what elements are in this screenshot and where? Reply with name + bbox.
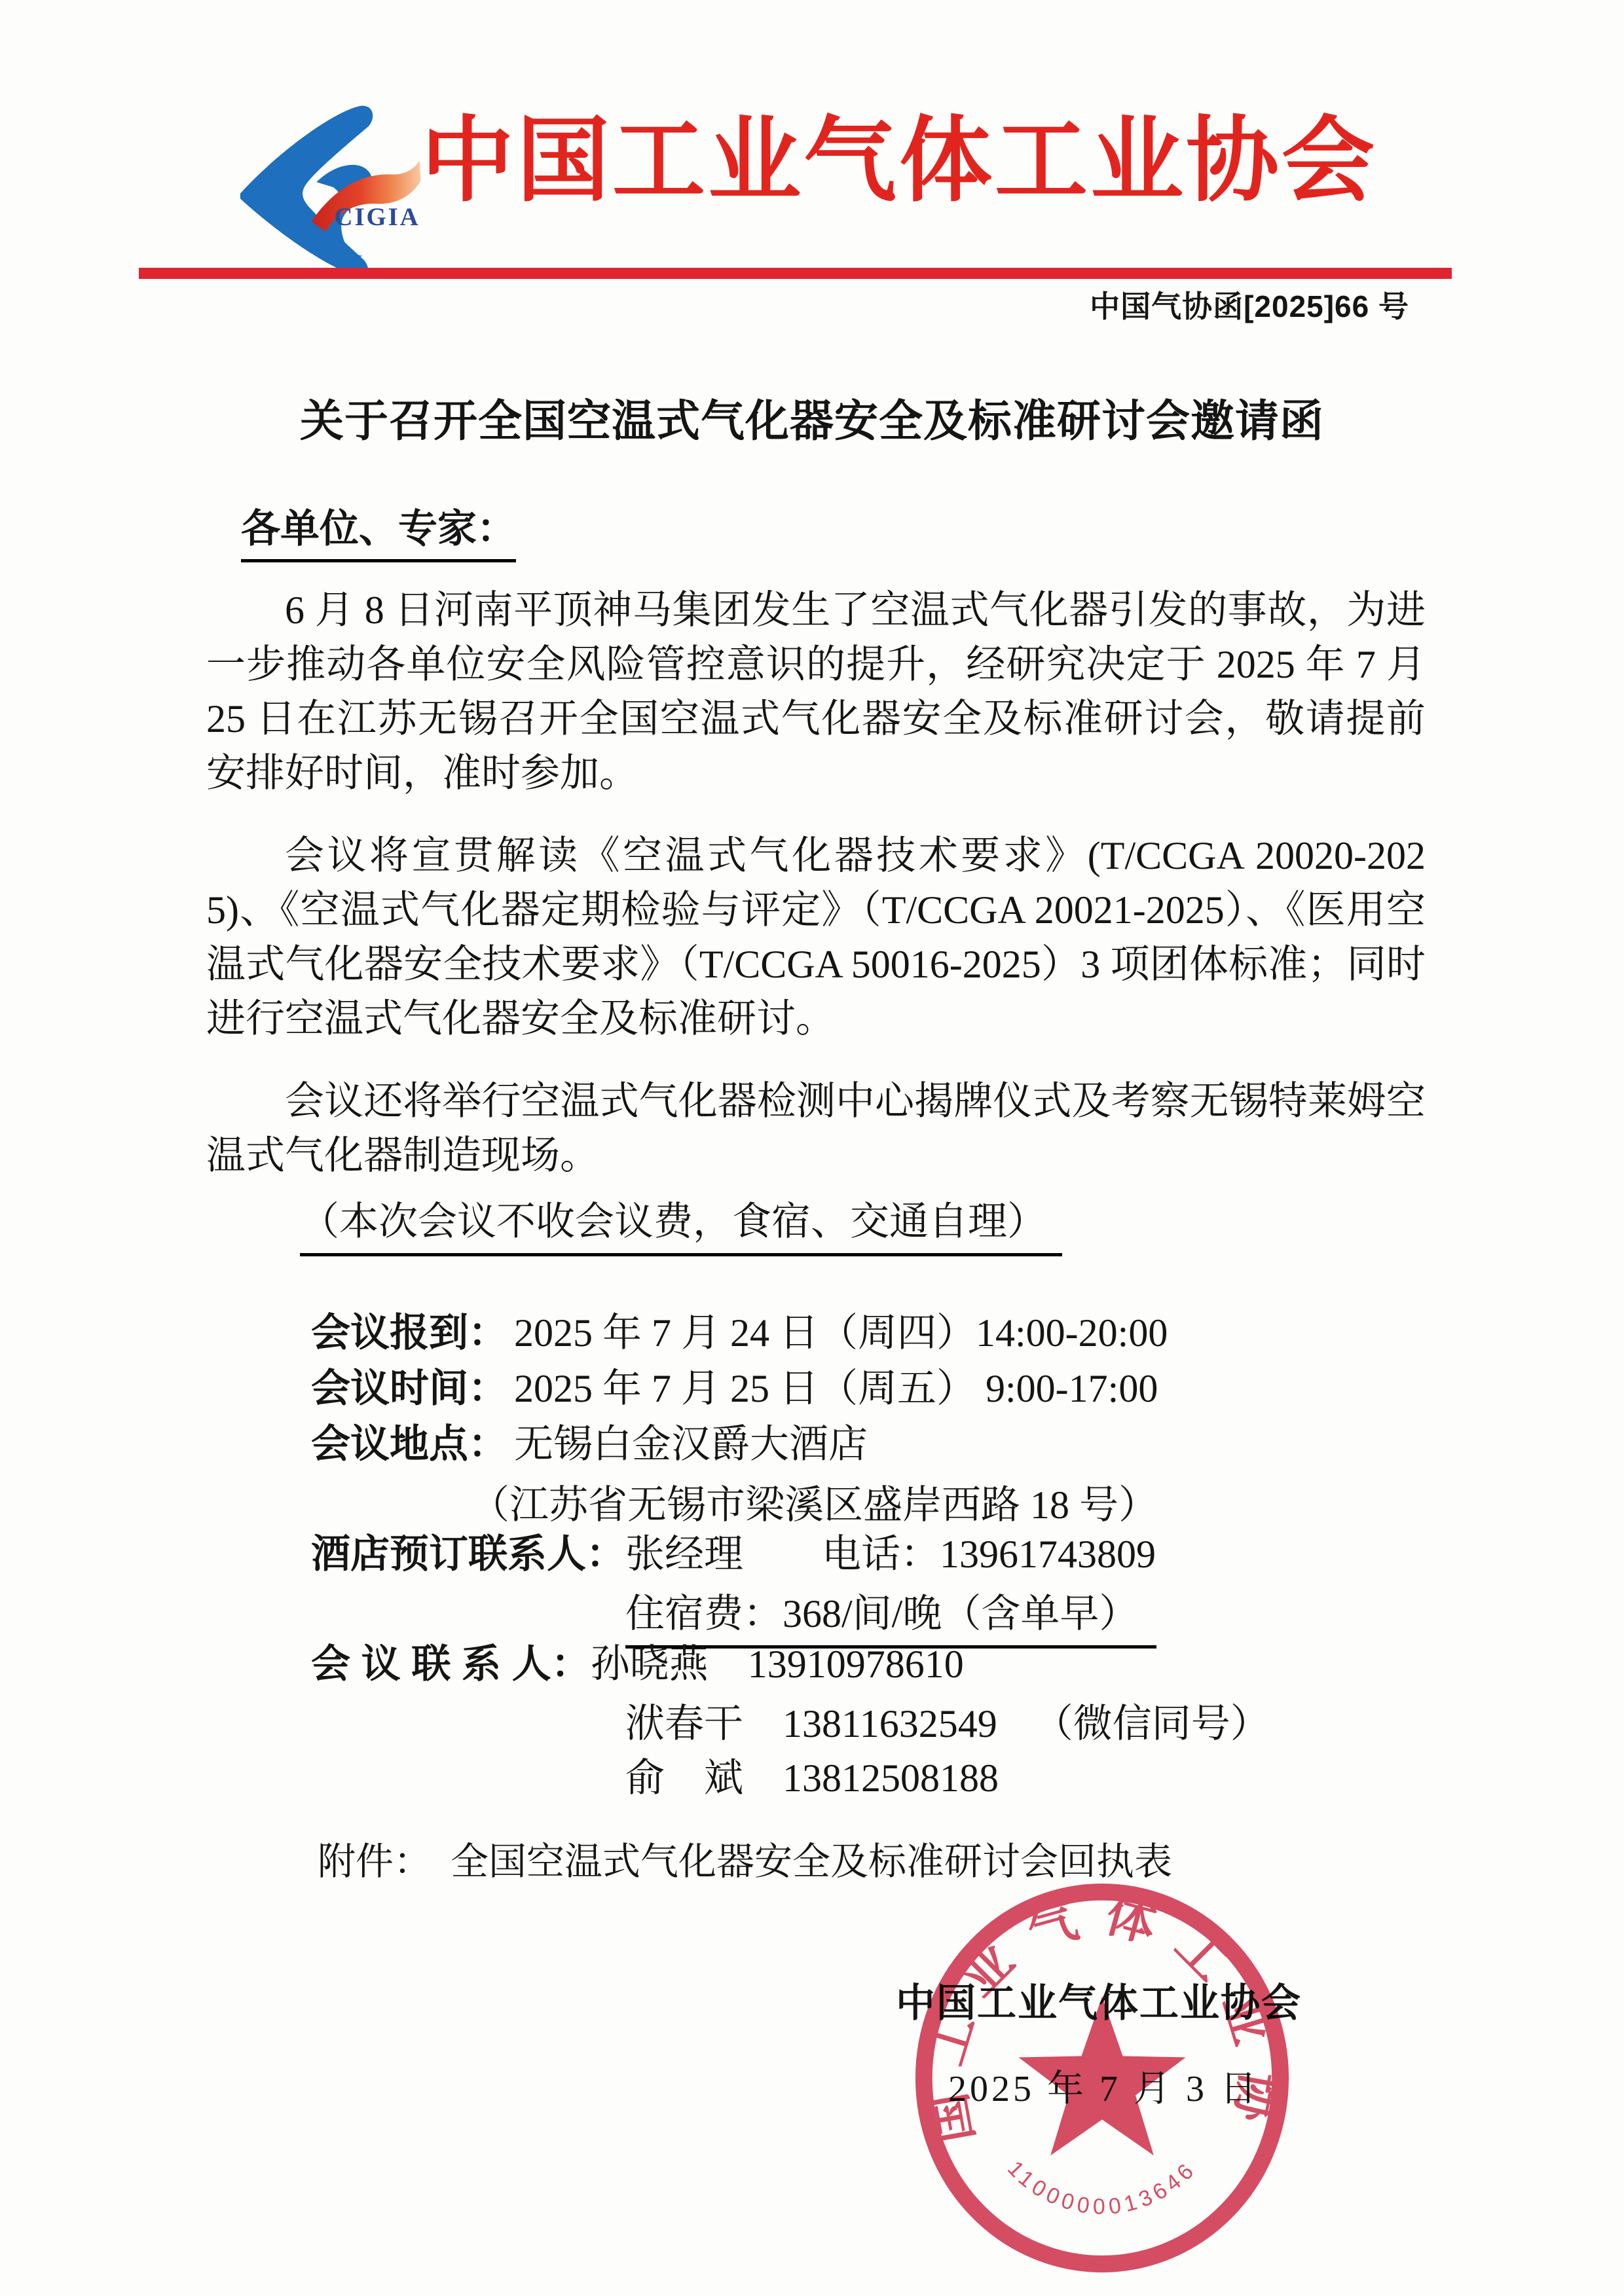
- seal-star: [1018, 1997, 1185, 2156]
- meeting-contact-row-2: 洑春干13811632549（微信同号）: [625, 1692, 1270, 1749]
- seal-serial-number: 1100000013646: [1003, 2156, 1202, 2219]
- contact-person-name: 洑春干: [625, 1692, 764, 1749]
- detail-time-value: 2025 年 7 月 25 日（周五） 9:00-17:00: [514, 1367, 1158, 1410]
- detail-address: （江苏省无锡市梁溪区盛岸西路 18 号）: [470, 1474, 1158, 1530]
- header-rule: [139, 268, 1452, 279]
- paragraph-standards: 会议将宣贯解读《空温式气化器技术要求》(T/CCGA 20020-2025)、《…: [206, 829, 1426, 1046]
- wechat-note: （微信同号）: [1034, 1702, 1270, 1745]
- detail-time: 会议时间：2025 年 7 月 25 日（周五） 9:00-17:00: [311, 1362, 1158, 1415]
- meeting-contact-row-3: 俞 斌13812508188: [625, 1747, 999, 1803]
- letter-title: 关于召开全国空温式气化器安全及标准研讨会邀请函: [0, 386, 1624, 449]
- detail-venue-value: 无锡白金汉爵大酒店: [514, 1423, 868, 1466]
- paragraph-incident: 6 月 8 日河南平顶神马集团发生了空温式气化器引发的事故，为进一步推动各单位安…: [206, 583, 1426, 801]
- letter-page: CIGIA 中国工业气体工业协会 中国气协函[2025]66 号 关于召开全国空…: [0, 0, 1624, 2296]
- detail-checkin-label: 会议报到：: [311, 1311, 507, 1355]
- fee-note: （本次会议不收会议费，食宿、交通自理）: [300, 1190, 1062, 1256]
- contact-person-phone: 13812508188: [783, 1757, 999, 1800]
- contact-person-name: 俞 斌: [625, 1747, 764, 1803]
- hotel-contact-row: 酒店预订联系人：张经理电话：13961743809: [311, 1528, 1156, 1580]
- document-number: 中国气协函[2025]66 号: [720, 283, 1409, 326]
- detail-venue: 会议地点：无锡白金汉爵大酒店: [311, 1418, 868, 1470]
- official-seal: 中国工业气体工业协会 1100000013646: [907, 1872, 1297, 2277]
- detail-time-label: 会议时间：: [311, 1366, 507, 1410]
- detail-checkin: 会议报到：2025 年 7 月 24 日（周四）14:00-20:00: [311, 1307, 1168, 1359]
- salutation: 各单位、专家：: [241, 498, 516, 562]
- meeting-contact-row-1: 会 议 联 系 人：孙晓燕13910978610: [311, 1638, 964, 1690]
- detail-venue-label: 会议地点：: [311, 1422, 507, 1466]
- hotel-contact-label: 酒店预订联系人：: [311, 1532, 625, 1576]
- hotel-phone-label: 电话：: [822, 1533, 940, 1576]
- hotel-phone-number: 13961743809: [940, 1533, 1156, 1576]
- contact-person-phone: 13811632549: [783, 1702, 997, 1745]
- contact-person-phone: 13910978610: [748, 1643, 964, 1686]
- paragraph-ceremony: 会议还将举行空温式气化器检测中心揭牌仪式及考察无锡特莱姆空温式气化器制造现场。: [206, 1074, 1426, 1183]
- cigia-logo: CIGIA: [216, 84, 432, 287]
- detail-checkin-value: 2025 年 7 月 24 日（周四）14:00-20:00: [514, 1311, 1168, 1355]
- contact-person-name: 孙晓燕: [591, 1638, 729, 1690]
- hotel-contact-name: 张经理: [625, 1528, 764, 1580]
- meeting-contact-label: 会 议 联 系 人：: [311, 1642, 591, 1686]
- association-name: 中国工业气体工业协会: [405, 110, 1393, 212]
